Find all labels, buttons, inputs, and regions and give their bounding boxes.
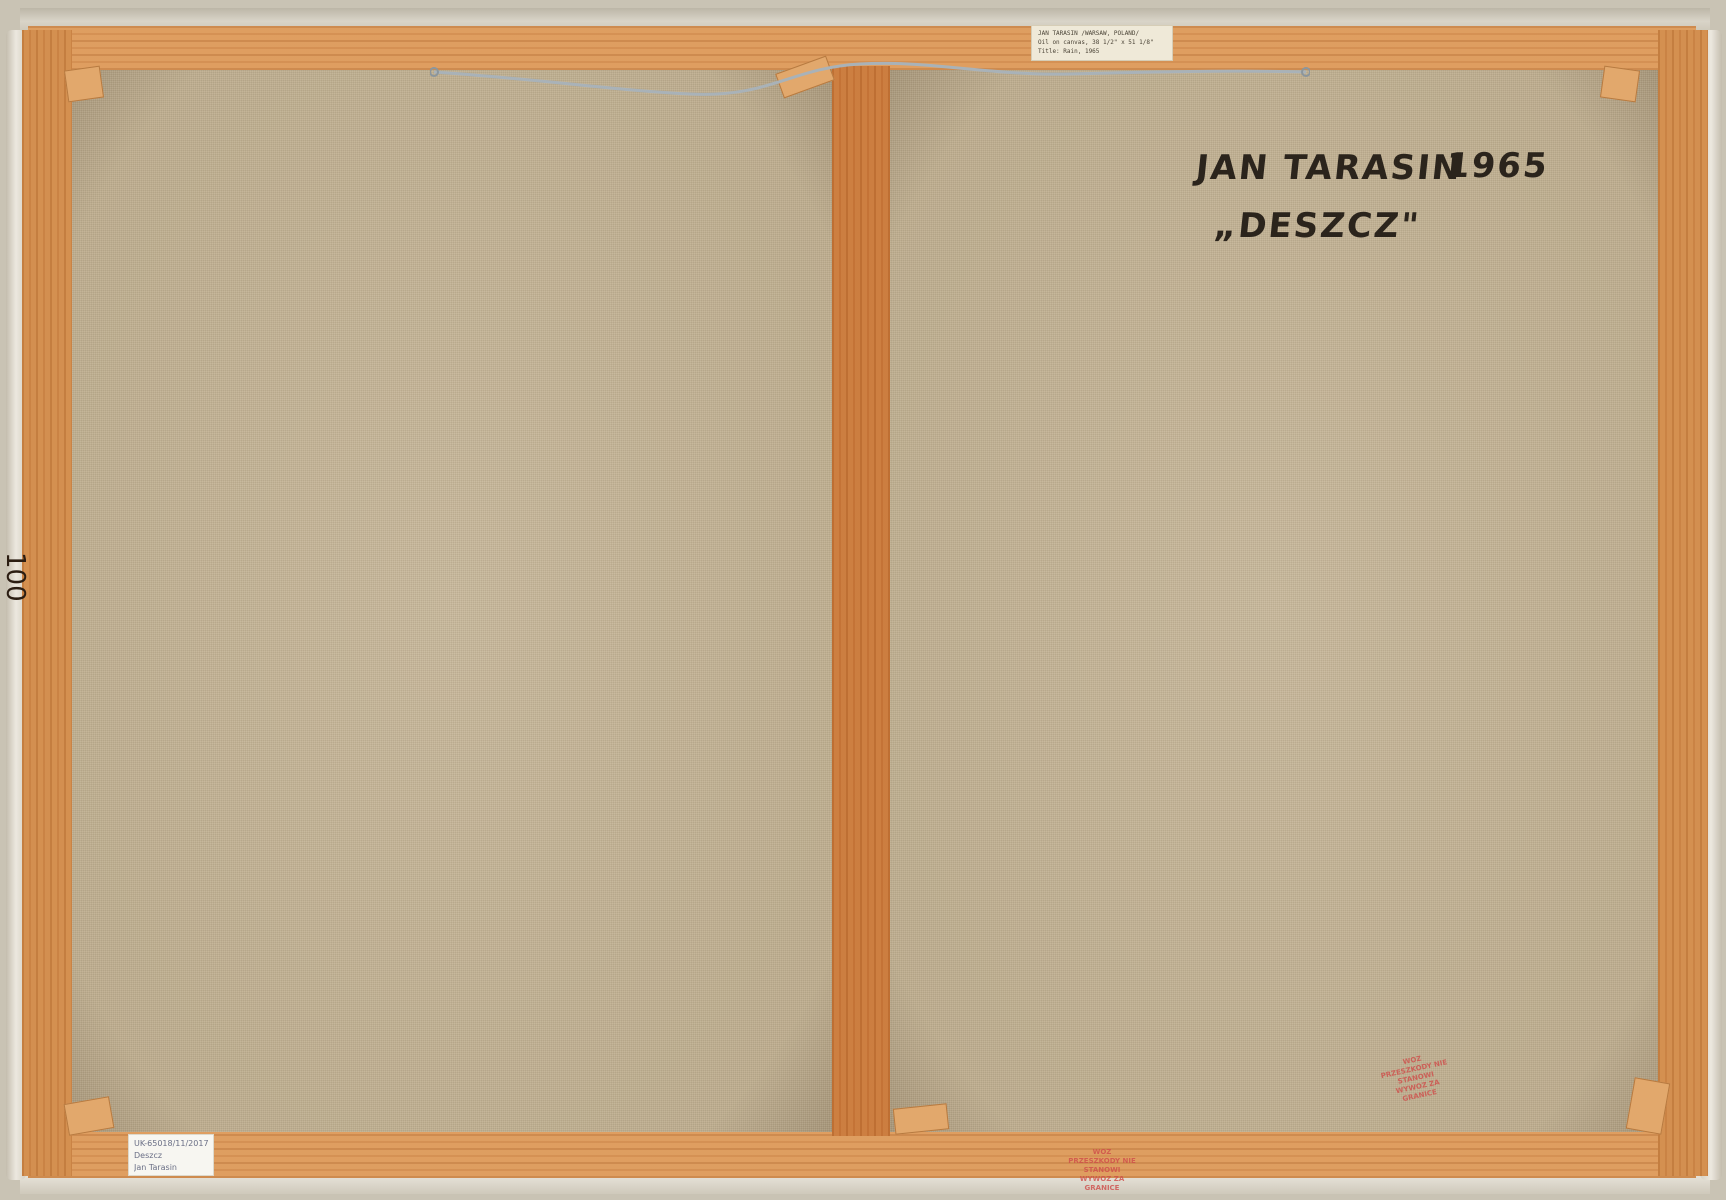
hanging-wire-icon <box>430 60 1310 100</box>
handwritten-label-line: UK-65018/11/2017 <box>134 1138 208 1150</box>
typed-gallery-label: JAN TARASIN /WARSAW, POLAND/ Oil on canv… <box>1031 25 1173 61</box>
handwritten-label-line: Deszcz <box>134 1150 208 1162</box>
canvas-panel-left <box>72 70 832 1132</box>
stretcher-bar-right <box>1658 30 1708 1176</box>
corner-key <box>1600 66 1640 103</box>
stamp-line: WYWOZ ZA GRANICE <box>1062 1175 1142 1193</box>
inscription-year: 1965 <box>1444 146 1551 186</box>
inscription-artist: JAN TARASIN <box>1194 148 1464 188</box>
artwork-back-photo: JAN TARASIN /WARSAW, POLAND/ Oil on canv… <box>0 0 1726 1200</box>
stretcher-number: 100 <box>0 552 30 602</box>
typed-label-line: JAN TARASIN /WARSAW, POLAND/ <box>1038 29 1166 38</box>
inscription-title: „DESZCZ" <box>1212 206 1422 246</box>
corner-key <box>64 66 104 103</box>
handwritten-label-line: Jan Tarasin <box>134 1162 208 1174</box>
typed-label-line: Title: Rain, 1965 <box>1038 47 1166 56</box>
stretcher-bar-bottom <box>28 1132 1696 1178</box>
canvas-tape-bottom <box>20 1176 1710 1194</box>
export-stamp-stretcher: WOZ PRZESZKODY NIE STANOWI WYWOZ ZA GRAN… <box>1062 1148 1142 1193</box>
stamp-line: PRZESZKODY NIE STANOWI <box>1062 1157 1142 1175</box>
typed-label-line: Oil on canvas, 38 1/2" x 51 1/8" <box>1038 38 1166 47</box>
stretcher-bar-left <box>22 30 72 1176</box>
stamp-line: WOZ <box>1062 1148 1142 1157</box>
handwritten-label: UK-65018/11/2017 Deszcz Jan Tarasin <box>128 1134 214 1176</box>
stretcher-crossbar-center <box>832 66 890 1136</box>
